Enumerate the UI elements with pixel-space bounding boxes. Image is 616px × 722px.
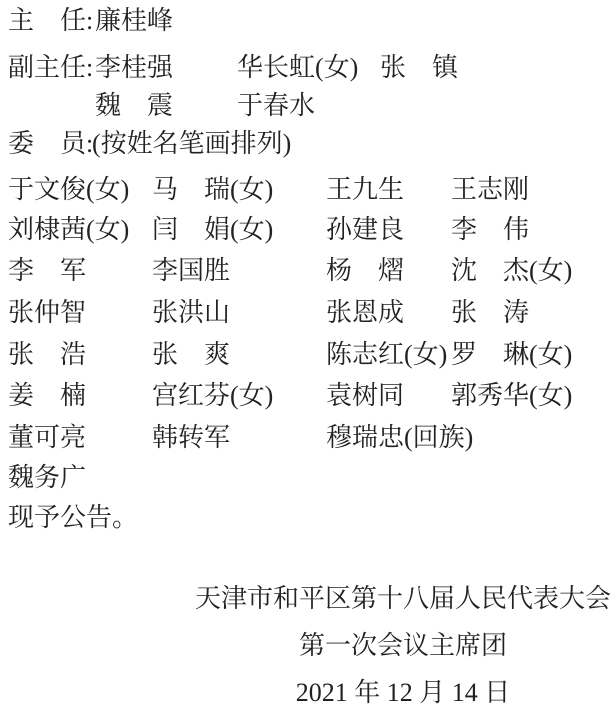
member-name: 张仲智 — [8, 300, 86, 326]
member-name: 罗 琳(女) — [451, 342, 572, 368]
member-name: 李 军 — [8, 258, 86, 284]
members-label: 委 员: — [8, 131, 93, 157]
member-name: 张恩成 — [326, 300, 404, 326]
member-name: 孙建良 — [326, 217, 404, 243]
signature-organization-line-2: 第一次会议主席团 — [190, 633, 616, 659]
member-name: 沈 杰(女) — [451, 258, 572, 284]
member-name: 王九生 — [326, 177, 404, 203]
member-name: 王志刚 — [451, 177, 529, 203]
deputy-name: 张 镇 — [380, 55, 458, 81]
member-name: 杨 熠 — [326, 258, 404, 284]
member-name: 张 浩 — [8, 342, 86, 368]
deputy-label: 副主任: — [8, 55, 93, 81]
member-name: 郭秀华(女) — [451, 383, 572, 409]
member-name: 袁树同 — [326, 383, 404, 409]
signature-date: 2021 年 12 月 14 日 — [190, 680, 616, 706]
deputy-name: 魏 震 — [95, 93, 173, 119]
deputy-name: 于春水 — [237, 93, 315, 119]
signature-organization-line-1: 天津市和平区第十八届人民代表大会 — [190, 586, 616, 612]
member-name: 李国胜 — [152, 258, 230, 284]
closing-text: 现予公告。 — [8, 505, 138, 531]
member-name: 张洪山 — [152, 300, 230, 326]
member-name: 张 涛 — [451, 300, 529, 326]
member-name: 韩转军 — [152, 425, 230, 451]
members-sort-note: (按姓名笔画排列) — [92, 131, 291, 157]
member-name: 董可亮 — [8, 425, 86, 451]
member-name: 于文俊(女) — [8, 177, 129, 203]
announcement-document: 主 任: 廉桂峰 副主任: 李桂强 华长虹(女) 张 镇 魏 震 于春水 委 员… — [0, 0, 616, 722]
director-name: 廉桂峰 — [95, 8, 173, 34]
member-name: 闫 娟(女) — [152, 217, 273, 243]
member-name: 陈志红(女) — [326, 342, 447, 368]
director-label: 主 任: — [8, 8, 93, 34]
member-name: 宫红芬(女) — [152, 383, 273, 409]
member-name: 刘棣茜(女) — [8, 217, 129, 243]
member-name: 张 爽 — [152, 342, 230, 368]
member-name: 李 伟 — [451, 217, 529, 243]
member-name: 姜 楠 — [8, 383, 86, 409]
deputy-name: 华长虹(女) — [237, 55, 358, 81]
deputy-name: 李桂强 — [95, 55, 173, 81]
member-name: 马 瑞(女) — [152, 177, 273, 203]
member-name: 穆瑞忠(回族) — [326, 425, 473, 451]
member-name: 魏务广 — [8, 465, 86, 491]
